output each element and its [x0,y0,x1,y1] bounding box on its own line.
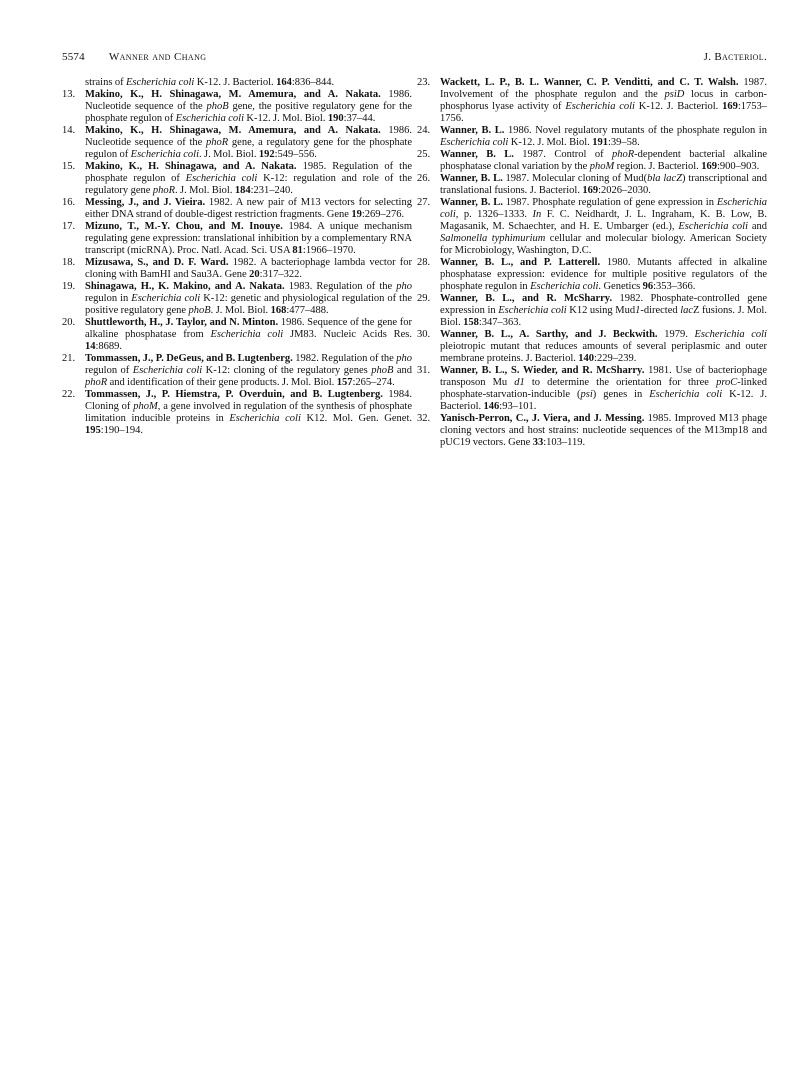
reference-text: Wanner, B. L. [440,173,503,184]
journal-name: J. Bacteriol. [704,51,767,63]
reference-text: 20 [249,269,260,280]
reference-text: :1966–1970. [303,245,356,256]
reference-text: 96 [643,281,654,292]
reference-entry: 14.Makino, K., H. Shinagawa, M. Amemura,… [62,125,412,161]
reference-text: phoR [153,185,175,196]
reference-text: Wanner, B. L., and P. Latterell. [440,257,600,268]
reference-text: phoB [371,365,393,376]
references-column-right: 23.Wackett, L. P., B. L. Wanner, C. P. V… [417,77,767,449]
reference-entry: 32.Yanisch-Perron, C., J. Viera, and J. … [417,413,767,449]
reference-text: :269–276. [362,209,404,220]
reference-text: Escherichia coli [649,389,722,400]
reference-entry: 29.Wanner, B. L., and R. McSharry. 1982.… [417,293,767,329]
reference-text: and identification of their gene product… [107,377,337,388]
reference-number: 14. [62,125,85,137]
reference-text: Yanisch-Perron, C., J. Viera, and J. Mes… [440,413,644,424]
references-column-left: strains of Escherichia coli K-12. J. Bac… [62,77,412,449]
reference-entry: 15.Makino, K., H. Shinagawa, and A. Naka… [62,161,412,197]
reference-entry: 22.Tommassen, J., P. Hiemstra, P. Overdu… [62,389,412,437]
running-head-left: 5574 Wanner and Chang [62,51,206,63]
reference-entry: 23.Wackett, L. P., B. L. Wanner, C. P. V… [417,77,767,125]
reference-text: :231–240. [251,185,293,196]
reference-text: Wanner, B. L., and R. McSharry. [440,293,612,304]
reference-text: :93–101. [499,401,536,412]
reference-text: Escherichia coli [694,329,767,340]
reference-text: d1 [514,377,525,388]
reference-text: psi [581,389,593,400]
reference-text: and [393,365,412,376]
reference-text: proC [716,377,737,388]
reference-text: 81 [292,245,303,256]
reference-text: :265–274. [352,377,394,388]
reference-text: :347–363. [479,317,521,328]
reference-text: Escherichia coli [678,221,748,232]
reference-number: 18. [62,257,85,269]
reference-number: 22. [62,389,85,401]
reference-text: Mizuno, T., M.-Y. Chou, and M. Inouye. [85,221,283,232]
reference-text: Escherichia coli [133,365,202,376]
reference-entry: 18.Mizusawa, S., and D. F. Ward. 1982. A… [62,257,412,281]
reference-text: Wackett, L. P., B. L. Wanner, C. P. Vend… [440,77,738,88]
references-section: strains of Escherichia coli K-12. J. Bac… [62,77,767,449]
reference-text: Makino, K., H. Shinagawa, and A. Nakata. [85,161,297,172]
reference-number: 31. [417,365,440,377]
reference-text: JM83. Nucleic Acids Res. [283,329,412,340]
reference-text: 168 [271,305,287,316]
page-number: 5574 [62,51,85,63]
reference-text: 169 [582,185,598,196]
reference-text: Escherichia coli [210,329,283,340]
reference-text: 1979. [658,329,695,340]
reference-text: Escherichia coli [565,101,635,112]
reference-text: Escherichia coli [131,293,200,304]
journal-page: 5574 Wanner and Chang J. Bacteriol. stra… [0,0,808,1074]
reference-number: 16. [62,197,85,209]
reference-text: 1982. Regulation of the [293,353,396,364]
reference-number: 32. [417,413,440,425]
reference-text: 19 [351,209,362,220]
reference-text: Escherichia coli [131,149,199,160]
reference-number: 20. [62,317,85,329]
reference-text: region. J. Bacteriol. [614,161,701,172]
reference-text: . J. Mol. Biol. [199,149,259,160]
reference-text: Wanner, B. L., S. Wieder, and R. McSharr… [440,365,644,376]
reference-text: :103–119. [543,437,585,448]
reference-entry: 17.Mizuno, T., M.-Y. Chou, and M. Inouye… [62,221,412,257]
reference-text: , p. 1326–1333. [456,209,533,220]
reference-text: pho [396,353,412,364]
reference-text: Wanner, B. L. [440,197,503,208]
reference-number: 25. [417,149,440,161]
reference-entry: 26.Wanner, B. L. 1987. Molecular cloning… [417,173,767,197]
reference-number: 30. [417,329,440,341]
reference-entry: 13.Makino, K., H. Shinagawa, M. Amemura,… [62,89,412,125]
reference-text: :2026–2030. [598,185,651,196]
reference-text: 140 [578,353,594,364]
reference-text: Wanner, B. L., A. Sarthy, and J. Beckwit… [440,329,658,340]
reference-number: 29. [417,293,440,305]
reference-text: Mizusawa, S., and D. F. Ward. [85,257,229,268]
reference-entry: 30.Wanner, B. L., A. Sarthy, and J. Beck… [417,329,767,365]
reference-text: phoB [189,305,211,316]
running-head: 5574 Wanner and Chang J. Bacteriol. [62,51,767,63]
reference-text: Makino, K., H. Shinagawa, M. Amemura, an… [85,125,381,136]
reference-number: 27. [417,197,440,209]
reference-text: . Genetics [598,281,642,292]
reference-number: 21. [62,353,85,365]
reference-text: Makino, K., H. Shinagawa, M. Amemura, an… [85,89,381,100]
reference-text: strains of [85,77,126,88]
reference-text: 191 [592,137,608,148]
reference-text: lac [680,305,693,316]
reference-text: Tommassen, J., P. Hiemstra, P. Overduin,… [85,389,383,400]
reference-text: :8689. [96,341,123,352]
reference-text: :549–556. [275,149,317,160]
reference-text: phoB [206,101,228,112]
reference-entry: 21.Tommassen, J., P. DeGeus, and B. Lugt… [62,353,412,389]
reference-text: 1986. Novel regulatory mutants of the ph… [504,125,767,136]
reference-text: Shuttleworth, H., J. Taylor, and N. Mint… [85,317,278,328]
reference-number: 28. [417,257,440,269]
reference-text: -directed [640,305,680,316]
reference-text: regulon in [85,293,131,304]
reference-text: :39–58. [608,137,640,148]
reference-text: K-12. J. Bacteriol. [635,101,722,112]
reference-entry: 20.Shuttleworth, H., J. Taylor, and N. M… [62,317,412,353]
reference-text: K-12. J. Mol. Biol. [244,113,328,124]
reference-continuation: strains of Escherichia coli K-12. J. Bac… [62,77,412,89]
reference-text: 184 [235,185,251,196]
reference-number: 13. [62,89,85,101]
reference-text: 164 [276,77,292,88]
reference-text: Shinagawa, H., K. Makino, and A. Nakata. [85,281,285,292]
reference-text: K-12: cloning of the regulatory genes [202,365,371,376]
reference-number: 26. [417,173,440,185]
reference-entry: 19.Shinagawa, H., K. Makino, and A. Naka… [62,281,412,317]
reference-number: 15. [62,161,85,173]
reference-text: :353–366. [653,281,695,292]
reference-text: Escherichia coli [498,305,566,316]
reference-text: :900–903. [717,161,759,172]
reference-text: Escherichia coli [530,281,598,292]
reference-text: Escherichia coli [440,137,508,148]
reference-text: 190 [328,113,344,124]
reference-entry: 31.Wanner, B. L., S. Wieder, and R. McSh… [417,365,767,413]
reference-text: K12. Mol. Gen. Genet. [301,413,412,424]
reference-text: Escherichia coli [186,173,258,184]
reference-text: pho [396,281,412,292]
reference-text: . J. Mol. Biol. [211,305,271,316]
reference-text: 1987. Phosphate regulation of gene expre… [503,197,717,208]
reference-entry: 24.Wanner, B. L. 1986. Novel regulatory … [417,125,767,149]
reference-text: 1983. Regulation of the [285,281,397,292]
reference-number: 17. [62,221,85,233]
reference-text: 192 [259,149,275,160]
reference-text: 146 [484,401,500,412]
reference-text: :190–194. [101,425,143,436]
reference-number: 23. [417,77,440,89]
reference-text: regulon of [85,365,133,376]
reference-text: In [533,209,542,220]
reference-text: K-12. J. Bacteriol. [194,77,276,88]
reference-text: K12 using Mud [567,305,635,316]
reference-text: :477–488. [286,305,328,316]
reference-text: 14 [85,341,96,352]
reference-text: Wanner, B. L. [440,149,514,160]
reference-text: . J. Mol. Biol. [175,185,235,196]
reference-entry: 27.Wanner, B. L. 1987. Phosphate regulat… [417,197,767,257]
reference-text: Tommassen, J., P. DeGeus, and B. Lugtenb… [85,353,293,364]
reference-entry: 25.Wanner, B. L. 1987. Control of phoR-d… [417,149,767,173]
reference-text: K-12. J. Mol. Biol. [508,137,592,148]
reference-text: :229–239. [594,353,636,364]
reference-text: 158 [463,317,479,328]
reference-text: bla lacZ [647,173,682,184]
running-title: Wanner and Chang [109,51,207,63]
reference-text: Messing, J., and J. Vieira. [85,197,205,208]
reference-text: 1987. Molecular cloning of Mud( [503,173,647,184]
reference-text: 195 [85,425,101,436]
reference-text: psiD [665,89,685,100]
reference-text: 33 [533,437,544,448]
reference-number: 24. [417,125,440,137]
reference-text: phoM [133,401,158,412]
reference-text: to determine the orientation for three [525,377,716,388]
reference-text: 169 [722,101,738,112]
reference-text: Escherichia coli [229,413,301,424]
reference-text: phoM [590,161,615,172]
reference-entry: 28.Wanner, B. L., and P. Latterell. 1980… [417,257,767,293]
reference-number: 19. [62,281,85,293]
reference-text: :836–844. [292,77,334,88]
reference-text: Salmonella typhimurium [440,233,545,244]
reference-text: 169 [701,161,717,172]
reference-text: ) genes in [593,389,649,400]
reference-text: Escherichia coli [176,113,244,124]
reference-text: phoR [612,149,634,160]
reference-text: and [748,221,767,232]
reference-text: :317–322. [260,269,302,280]
reference-text: 1987. Control of [514,149,612,160]
reference-text: Wanner, B. L. [440,125,504,136]
reference-text: phoR [206,137,228,148]
reference-text: :37–44. [344,113,376,124]
reference-entry: 16.Messing, J., and J. Vieira. 1982. A n… [62,197,412,221]
reference-text: 157 [337,377,353,388]
reference-text: Escherichia coli [126,77,194,88]
reference-text: phoR [85,377,107,388]
